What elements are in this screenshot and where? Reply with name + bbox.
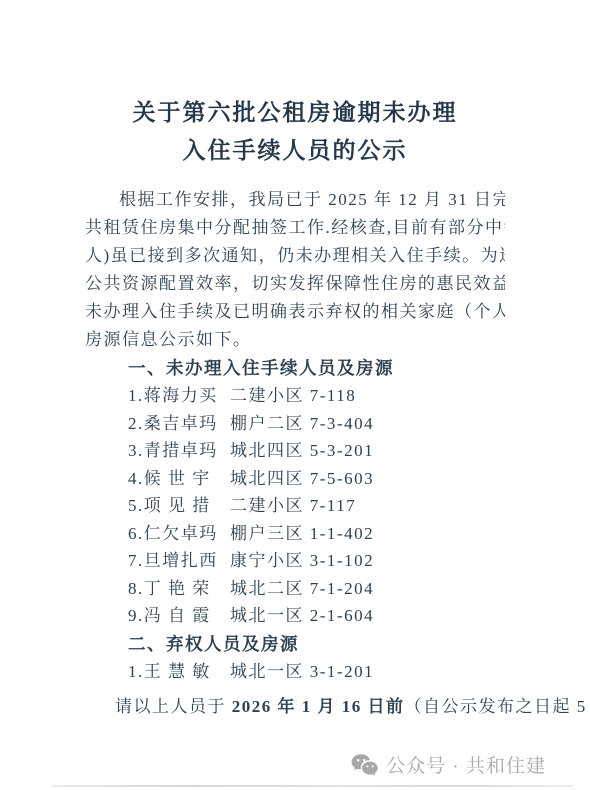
notice-document: 关于第六批公租房逾期未办理 入住手续人员的公示 根据工作安排，我局已于 2025… xyxy=(0,0,590,721)
intro-line: 共租赁住房集中分配抽签工作.经核查,目前有部分中签家庭(个 xyxy=(85,214,505,242)
person-name: 8.丁 艳 荣 xyxy=(128,575,230,603)
person-name: 7.旦增扎西 xyxy=(128,547,230,575)
person-name: 2.桑吉卓玛 xyxy=(128,410,230,438)
document-page: 关于第六批公租房逾期未办理 入住手续人员的公示 根据工作安排，我局已于 2025… xyxy=(0,0,590,790)
notice-deadline-date: 2026 年 1 月 16 日前 xyxy=(232,697,405,716)
housing-unit: 城北四区 7-5-603 xyxy=(230,465,374,493)
housing-unit: 城北一区 3-1-201 xyxy=(230,658,374,686)
intro-line: 人)虽已接到多次通知，仍未办理相关入住手续。为进一步提高 xyxy=(85,242,505,270)
housing-unit: 城北四区 5-3-201 xyxy=(230,437,374,465)
person-name: 9.冯 自 霞 xyxy=(128,602,230,630)
list-item: 1.蒋海力买 二建小区 7-118 xyxy=(128,382,505,410)
person-name: 4.候 世 宇 xyxy=(128,465,230,493)
list-item: 8.丁 艳 荣 城北二区 7-1-204 xyxy=(128,575,505,603)
housing-unit: 城北二区 7-1-204 xyxy=(230,575,374,603)
list-item: 5.项 见 措 二建小区 7-117 xyxy=(128,492,505,520)
title-line-1: 关于第六批公租房逾期未办理 xyxy=(85,94,505,132)
housing-unit: 康宁小区 3-1-102 xyxy=(230,547,374,575)
list-item: 6.仁欠卓玛 棚户三区 1-1-402 xyxy=(128,520,505,548)
wechat-icon xyxy=(351,753,379,777)
section-2-heading: 二、弃权人员及房源 xyxy=(128,630,505,658)
person-name: 1.蒋海力买 xyxy=(128,382,230,410)
person-name: 1.王 慧 敏 xyxy=(128,658,230,686)
housing-unit: 棚户三区 1-1-402 xyxy=(230,520,374,548)
list-item: 9.冯 自 霞 城北一区 2-1-604 xyxy=(128,602,505,630)
intro-line: 未办理入住手续及已明确表示弃权的相关家庭（个人）及其配租 xyxy=(85,298,505,326)
housing-unit: 二建小区 7-118 xyxy=(230,382,356,410)
scan-artifact-line xyxy=(52,785,574,787)
list-item: 3.青措卓玛 城北四区 5-3-201 xyxy=(128,437,505,465)
title-line-2: 入住手续人员的公示 xyxy=(85,132,505,170)
housing-unit: 城北一区 2-1-604 xyxy=(230,602,374,630)
list-item: 4.候 世 宇 城北四区 7-5-603 xyxy=(128,465,505,493)
notice-suffix: （自公示发布之日起 5 个 xyxy=(405,697,590,716)
intro-line: 房源信息公示如下。 xyxy=(85,326,505,354)
intro-line: 公共资源配置效率，切实发挥保障性住房的惠民效益，现对逾期 xyxy=(85,270,505,298)
list-item: 7.旦增扎西 康宁小区 3-1-102 xyxy=(128,547,505,575)
intro-paragraph: 根据工作安排，我局已于 2025 年 12 月 31 日完成第六批公 共租赁住房… xyxy=(85,186,505,354)
person-name: 6.仁欠卓玛 xyxy=(128,520,230,548)
list-item: 1.王 慧 敏 城北一区 3-1-201 xyxy=(128,658,505,686)
notice-prefix: 请以上人员于 xyxy=(115,697,232,716)
section-1-heading: 一、未办理入住手续人员及房源 xyxy=(128,354,505,382)
list-item: 2.桑吉卓玛 棚户二区 7-3-404 xyxy=(128,410,505,438)
person-name: 5.项 见 措 xyxy=(128,492,230,520)
wechat-account-watermark: 公众号 · 共和住建 xyxy=(351,751,546,778)
housing-unit: 棚户二区 7-3-404 xyxy=(230,410,374,438)
deadline-notice: 请以上人员于 2026 年 1 月 16 日前（自公示发布之日起 5 个 xyxy=(85,693,505,721)
wechat-account-label: 公众号 · 共和住建 xyxy=(386,751,546,778)
page-title: 关于第六批公租房逾期未办理 入住手续人员的公示 xyxy=(85,94,505,170)
intro-line: 根据工作安排，我局已于 2025 年 12 月 31 日完成第六批公 xyxy=(85,186,505,214)
person-name: 3.青措卓玛 xyxy=(128,437,230,465)
housing-unit: 二建小区 7-117 xyxy=(230,492,356,520)
